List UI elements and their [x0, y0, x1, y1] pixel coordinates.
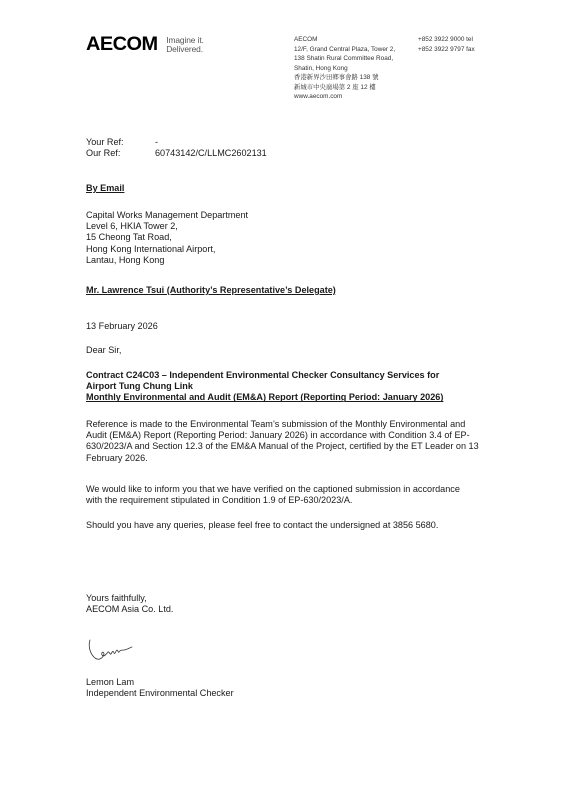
your-ref-value: - [155, 137, 158, 148]
closing-phrase: Yours faithfully, [86, 593, 173, 604]
closing-company: AECOM Asia Co. Ltd. [86, 604, 173, 615]
subject-block: Contract C24C03 – Independent Environmen… [86, 370, 526, 404]
body-paragraph-2: We would like to inform you that we have… [86, 484, 526, 506]
references-block: Your Ref: - Our Ref: 60743142/C/LLMC2602… [86, 137, 267, 159]
letterhead-address: AECOM 12/F, Grand Central Plaza, Tower 2… [294, 35, 395, 102]
subject-contract: Contract C24C03 – Independent Environmen… [86, 370, 526, 381]
attention-line: Mr. Lawrence Tsui (Authority’s Represent… [86, 285, 336, 296]
signer-block: Lemon Lam Independent Environmental Chec… [86, 677, 234, 699]
signer-name: Lemon Lam [86, 677, 234, 688]
subject-contract-cont: Airport Tung Chung Link [86, 381, 526, 392]
body-paragraph-3: Should you have any queries, please feel… [86, 520, 526, 531]
body-paragraph-1: Reference is made to the Environmental T… [86, 419, 526, 464]
phone-tel: +852 3922 9000 tel [418, 35, 475, 45]
subject-report: Monthly Environmental and Audit (EM&A) R… [86, 392, 526, 403]
our-ref-value: 60743142/C/LLMC2602131 [155, 148, 267, 159]
aecom-logo: AECOM Imagine it. Delivered. [86, 35, 204, 54]
phone-fax: +852 3922 9797 fax [418, 45, 475, 55]
letterhead-phone: +852 3922 9000 tel +852 3922 9797 fax [418, 35, 475, 54]
salutation: Dear Sir, [86, 345, 121, 356]
recipient-address: Capital Works Management Department Leve… [86, 210, 248, 266]
letter-date: 13 February 2026 [86, 321, 158, 332]
logo-wordmark: AECOM [86, 35, 158, 54]
our-ref-label: Our Ref: [86, 148, 155, 159]
handwritten-signature [86, 638, 136, 664]
logo-tagline: Imagine it. Delivered. [166, 36, 204, 54]
signer-title: Independent Environmental Checker [86, 688, 234, 699]
delivery-method: By Email [86, 183, 124, 194]
your-ref-label: Your Ref: [86, 137, 155, 148]
website-link[interactable]: www.aecom.com [294, 92, 395, 102]
closing-block: Yours faithfully, AECOM Asia Co. Ltd. [86, 593, 173, 615]
